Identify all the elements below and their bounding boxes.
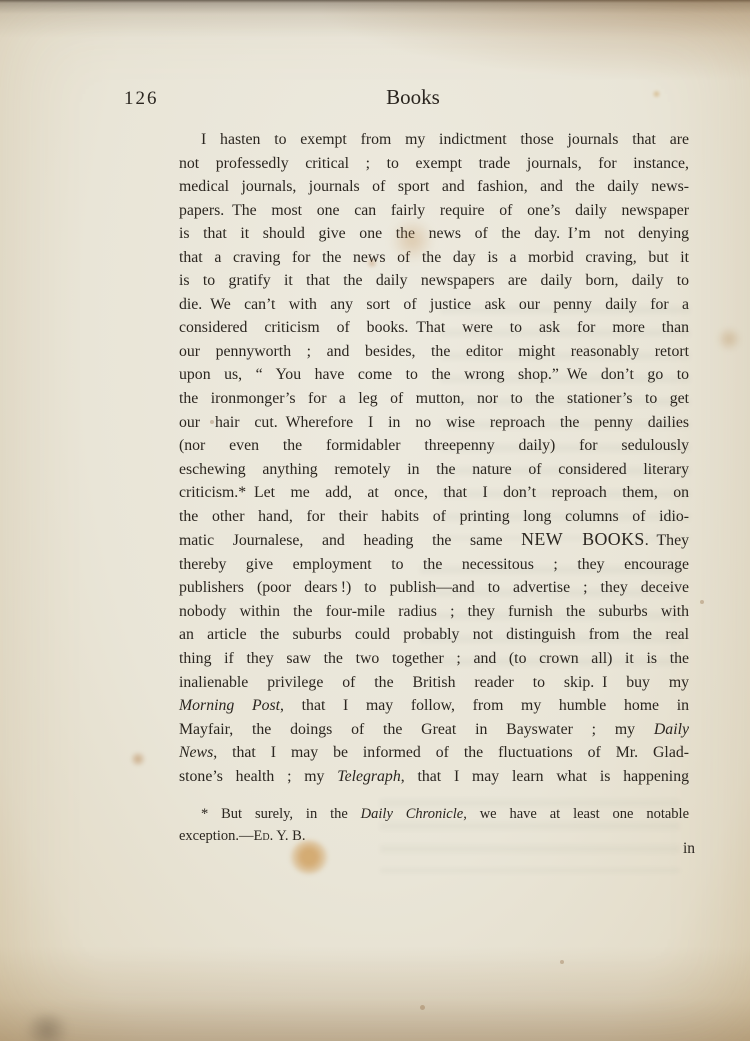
text-line: an article the suburbs could probably no… xyxy=(179,623,689,647)
text-line: Mayfair, the doings of the Great in Bays… xyxy=(179,718,689,742)
text-line: inalienable privilege of the British rea… xyxy=(179,671,689,695)
text-line: papers. The most one can fairly require … xyxy=(179,199,689,223)
page-top-edge-shadow xyxy=(320,0,750,80)
text-line: our hair cut. Wherefore I in no wise rep… xyxy=(179,411,689,435)
text-line: considered criticism of books. That were… xyxy=(179,316,689,340)
text-line: stone’s health ; my Telegraph, that I ma… xyxy=(179,765,689,789)
text-line: is to gratify it that the daily newspape… xyxy=(179,269,689,293)
text-line: I hasten to exempt from my indictment th… xyxy=(179,128,689,152)
text-line: Morning Post, that I may follow, from my… xyxy=(179,694,689,718)
foxing-stain xyxy=(130,752,146,766)
text-line: thereby give employment to the necessito… xyxy=(179,553,689,577)
paper-speck xyxy=(700,600,704,604)
text-line: matic Journalese, and heading the same N… xyxy=(179,528,689,553)
text-line: die. We can’t with any sort of justice a… xyxy=(179,293,689,317)
body-text: I hasten to exempt from my indictment th… xyxy=(179,128,689,788)
running-head: Books xyxy=(386,85,440,110)
text-line: is that it should give one the news of t… xyxy=(179,222,689,246)
page-bottom-curve-shadow xyxy=(0,946,750,1041)
text-line: publishers (poor dears !) to publish—and… xyxy=(179,576,689,600)
text-line: the other hand, for their habits of prin… xyxy=(179,505,689,529)
text-line: criticism.* Let me add, at once, that I … xyxy=(179,481,689,505)
catchword: in xyxy=(655,840,695,858)
text-line: the ironmonger’s for a leg of mutton, no… xyxy=(179,387,689,411)
text-line: that a craving for the news of the day i… xyxy=(179,246,689,270)
book-page-scan: 126 Books I hasten to exempt from my ind… xyxy=(0,0,750,1041)
text-line: upon us, “ You have come to the wrong sh… xyxy=(179,363,689,387)
footnote: * But surely, in the Daily Chronicle, we… xyxy=(179,804,689,847)
text-line: thing if they saw the two together ; and… xyxy=(179,647,689,671)
text-line: exception.—Ed. Y. B. xyxy=(179,826,689,848)
text-line: News, that I may be informed of the fluc… xyxy=(179,741,689,765)
text-line: nobody within the four-mile radius ; the… xyxy=(179,600,689,624)
text-line: * But surely, in the Daily Chronicle, we… xyxy=(179,804,689,826)
text-line: eschewing anything remotely in the natur… xyxy=(179,458,689,482)
foxing-stain xyxy=(652,90,661,98)
text-line: not professedly critical ; to exempt tra… xyxy=(179,152,689,176)
text-line: (nor even the formidabler threepenny dai… xyxy=(179,434,689,458)
foxing-stain xyxy=(716,328,742,350)
text-line: medical journals, journals of sport and … xyxy=(179,175,689,199)
text-line: our pennyworth ; and besides, the editor… xyxy=(179,340,689,364)
page-number: 126 xyxy=(124,88,159,110)
